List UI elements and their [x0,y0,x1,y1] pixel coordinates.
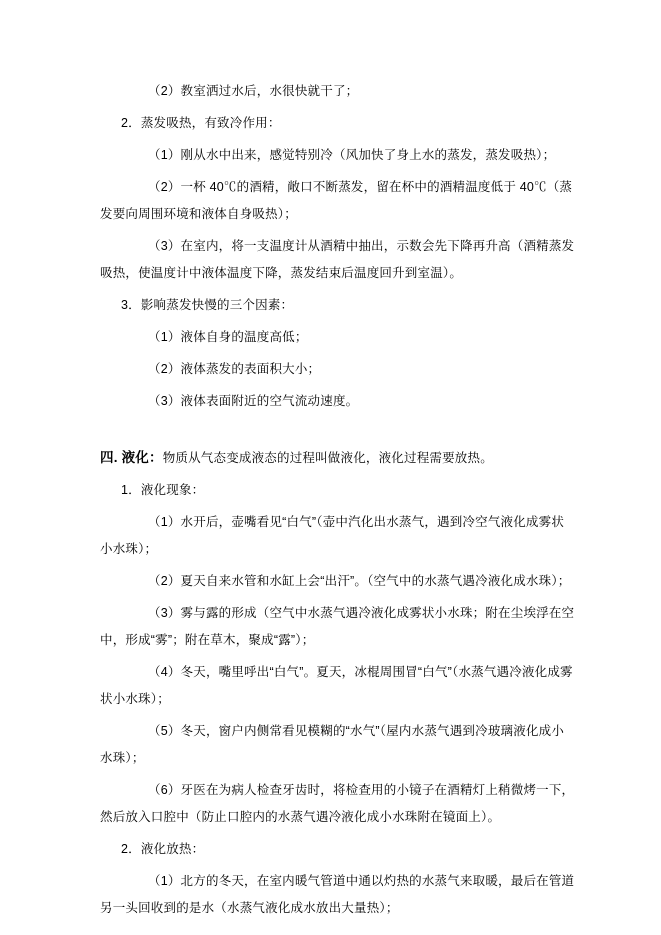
paragraph: （2）液体蒸发的表面积大小； [100,356,575,383]
paragraph: （2）夏天自来水管和水缸上会“出汗”。（空气中的水蒸气遇冷液化成水珠）； [100,568,575,595]
paragraph: （1）水开后，壶嘴看见“白气”（壶中汽化出水蒸气，遇到冷空气液化成雾状小水珠）； [100,509,575,563]
paragraph: （2）一杯 40℃的酒精，敞口不断蒸发，留在杯中的酒精温度低于 40℃（蒸发要向… [100,174,575,228]
list-item-liquefaction-heat: 2．液化放热： [100,836,575,863]
section-heading-liquefaction: 四. 液化：物质从气态变成液态的过程叫做液化，液化过程需要放热。 [100,444,575,472]
paragraph: （3）在室内，将一支温度计从酒精中抽出，示数会先下降再升高（酒精蒸发吸热，使温度… [100,233,575,287]
list-item-evaporation-factors: 3．影响蒸发快慢的三个因素： [100,292,575,319]
paragraph: （2）教室洒过水后，水很快就干了； [100,78,575,105]
paragraph: （5）冬天，窗户内侧常看见模糊的“水气”（屋内水蒸气遇到冷玻璃液化成小水珠）； [100,718,575,772]
paragraph: （3）雾与露的形成（空气中水蒸气遇冷液化成雾状小水珠；附在尘埃浮在空中，形成“雾… [100,600,575,654]
paragraph: （1）北方的冬天，在室内暖气管道中通以灼热的水蒸气来取暖，最后在管道另一头回收到… [100,868,575,922]
section-heading-term: 四. 液化： [100,450,163,465]
blank-line [100,420,575,444]
section-heading-body: 物质从气态变成液态的过程叫做液化，液化过程需要放热。 [163,451,493,465]
paragraph: （1）刚从水中出来，感觉特别冷（风加快了身上水的蒸发，蒸发吸热）； [100,142,575,169]
list-item-liquefaction-phenomena: 1．液化现象： [100,477,575,504]
paragraph: （1）液体自身的温度高低； [100,324,575,351]
paragraph: （6）牙医在为病人检查牙齿时，将检查用的小镜子在酒精灯上稍微烤一下，然后放入口腔… [100,777,575,831]
document-page: （2）教室洒过水后，水很快就干了； 2．蒸发吸热，有致冷作用： （1）刚从水中出… [0,0,661,935]
paragraph: （3）液体表面附近的空气流动速度。 [100,388,575,415]
list-item-evaporation-cooling: 2．蒸发吸热，有致冷作用： [100,110,575,137]
paragraph: （4）冬天，嘴里呼出“白气”。夏天，冰棍周围冒“白气”（水蒸气遇冷液化成雾状小水… [100,659,575,713]
